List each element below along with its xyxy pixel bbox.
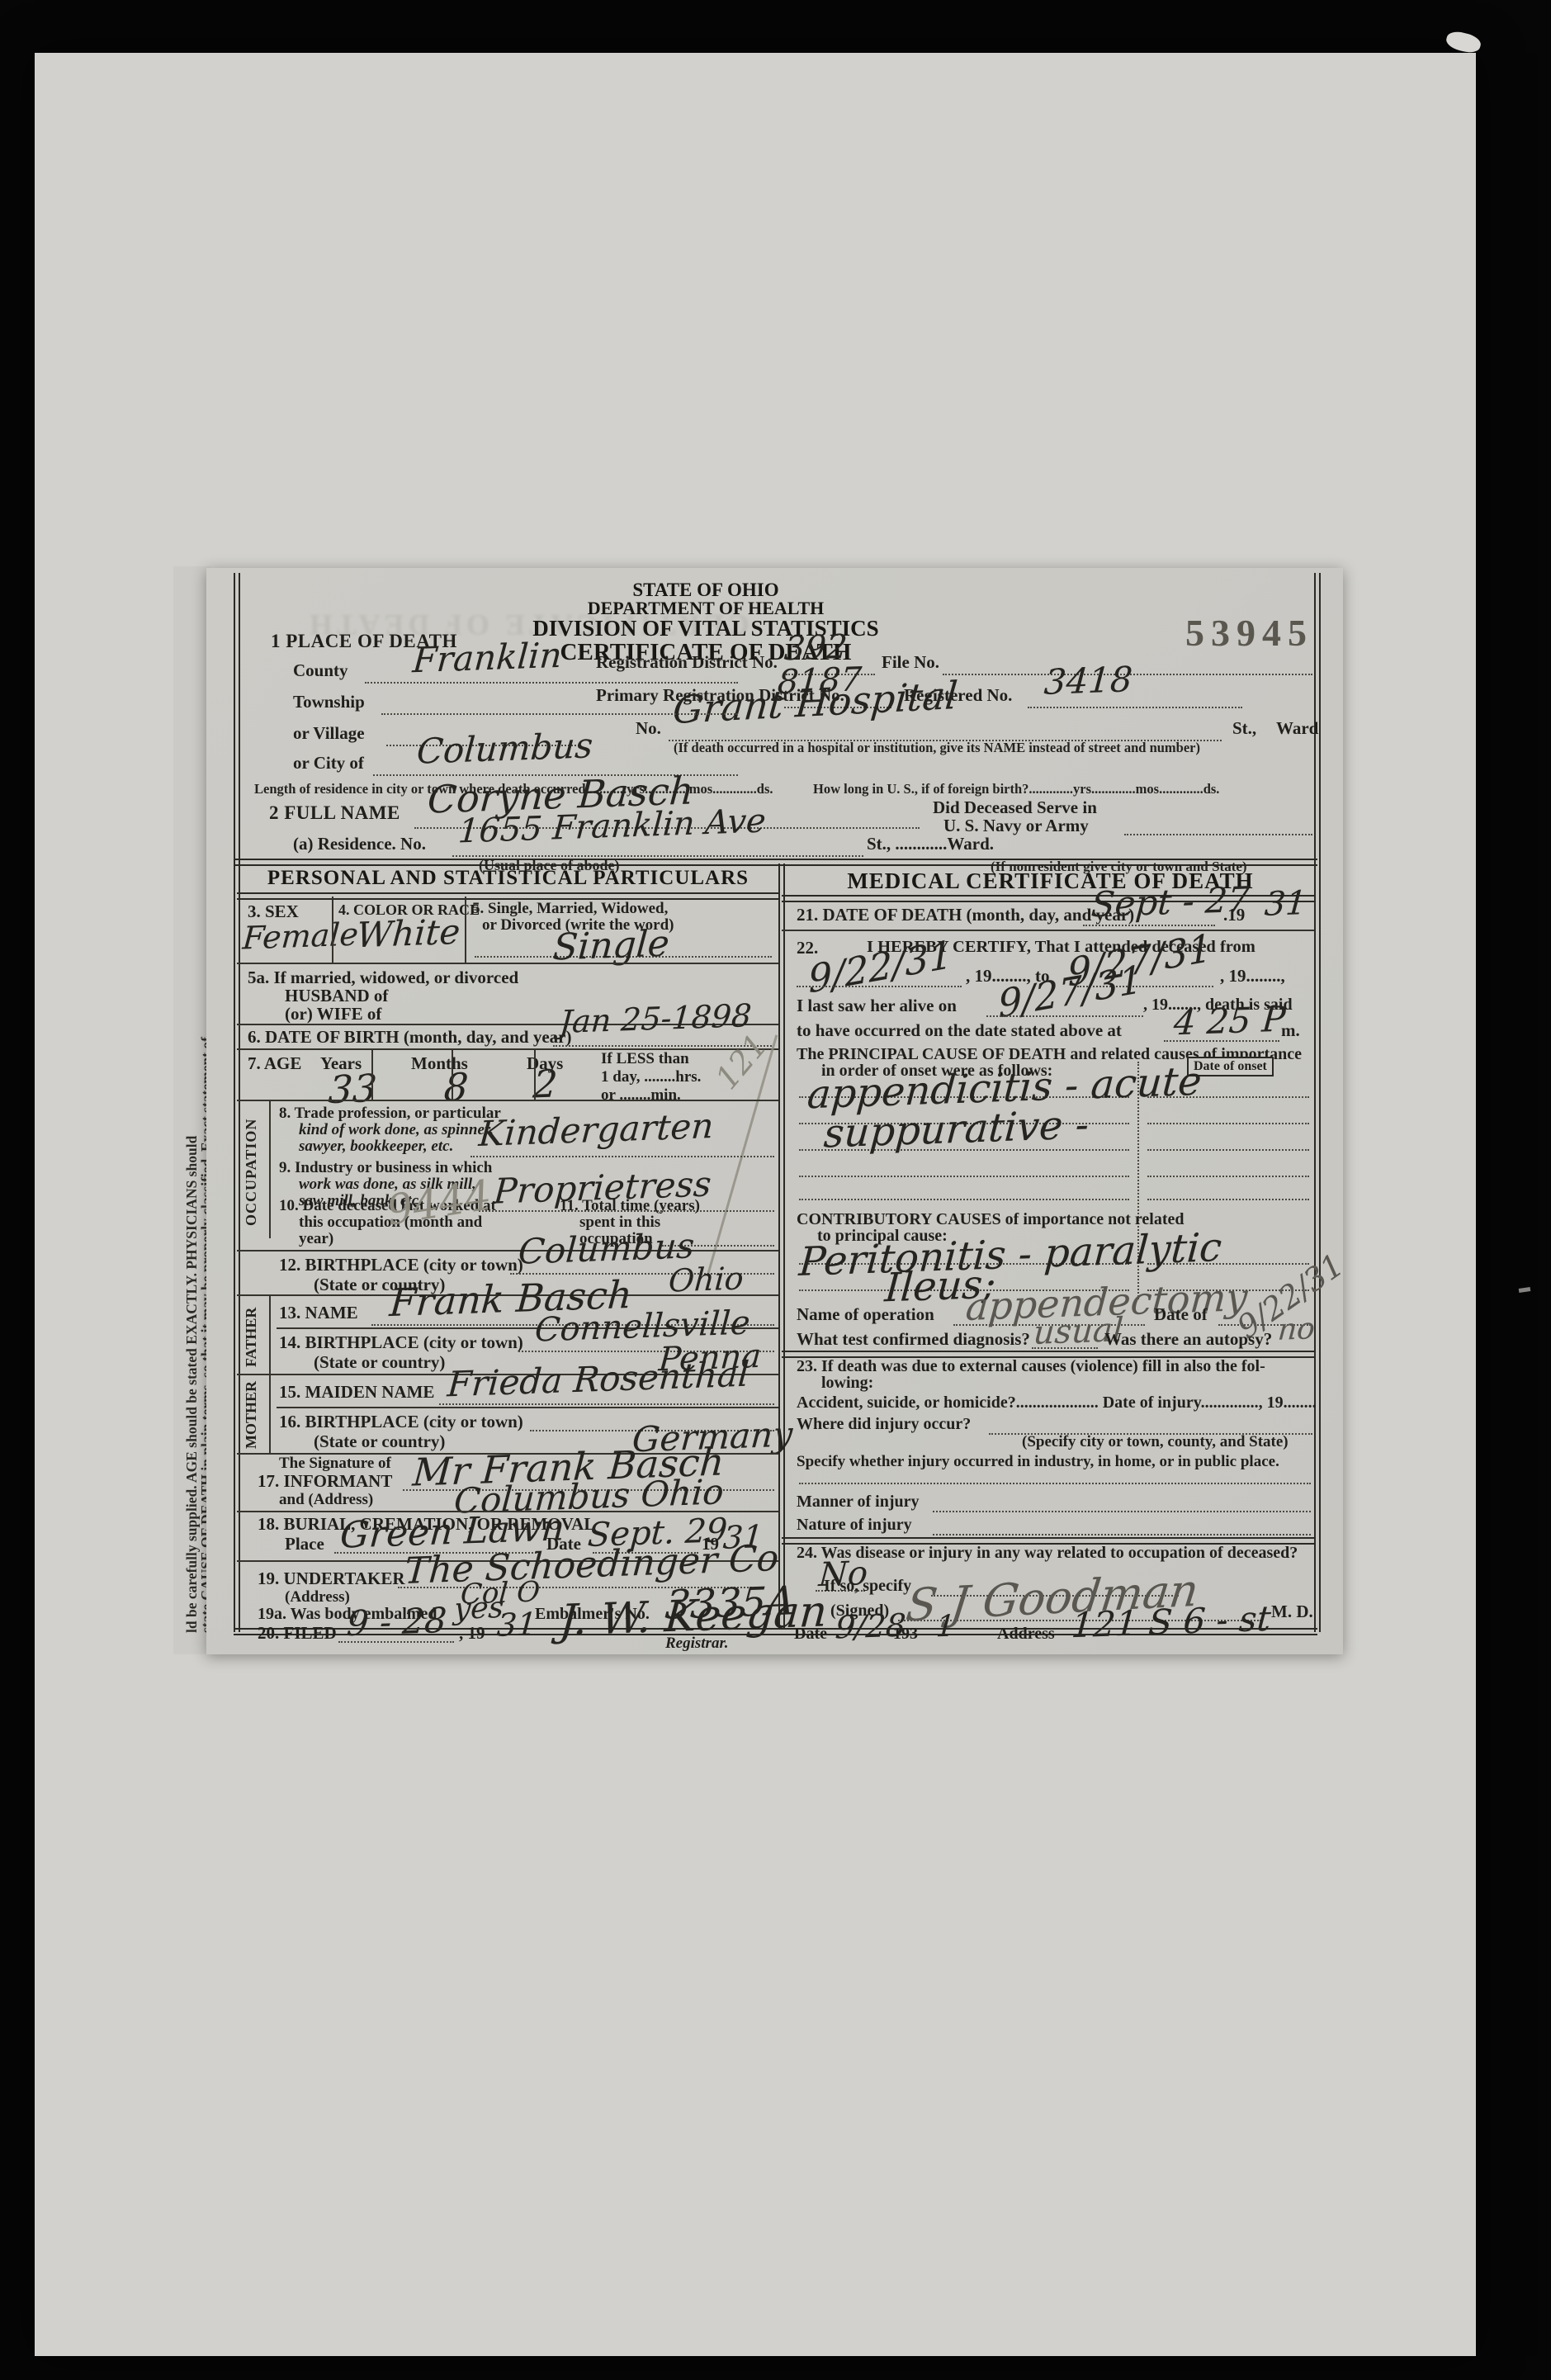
specify-label: Specify whether injury occurred in indus… bbox=[797, 1453, 1279, 1471]
date-of-death-label: 21. DATE OF DEATH (month, day, and year) bbox=[797, 905, 1134, 925]
file-no-label: File No. bbox=[882, 652, 939, 673]
manner-line bbox=[933, 1511, 1311, 1512]
father-vertical-label: FATHER bbox=[243, 1298, 260, 1377]
mother-cell-divider bbox=[269, 1374, 271, 1453]
date-of-death-line bbox=[1083, 925, 1215, 926]
mother-name-value: Frieda Rosenthal bbox=[446, 1354, 750, 1405]
row7-rule bbox=[237, 1100, 778, 1101]
sex-value: Female bbox=[241, 916, 359, 956]
village-label: or Village bbox=[293, 723, 365, 744]
occupation-rule bbox=[237, 1250, 778, 1252]
registration-district-label: Registration District No. bbox=[596, 652, 778, 673]
hospital-ward-label: Ward bbox=[1276, 718, 1318, 739]
where-note: (Specify city or town, county, and State… bbox=[1022, 1433, 1289, 1451]
cause-writing-line-5 bbox=[799, 1199, 1129, 1200]
column-divider bbox=[778, 864, 785, 1629]
us-length-label: How long in U. S., if of foreign birth?.… bbox=[813, 781, 1219, 797]
birthplace-label: 12. BIRTHPLACE (city or town) bbox=[279, 1255, 523, 1275]
personal-section-title: PERSONAL AND STATISTICAL PARTICULARS bbox=[238, 867, 778, 890]
husband-label-3: (or) WIFE of bbox=[285, 1004, 381, 1024]
age-divider-2 bbox=[452, 1048, 453, 1100]
father-state-label: (State or country) bbox=[314, 1352, 445, 1373]
test-label: What test confirmed diagnosis? bbox=[797, 1329, 1030, 1350]
county-line bbox=[365, 682, 738, 684]
birthplace-state-value: Ohio bbox=[667, 1260, 745, 1299]
operation-date-label: Date of bbox=[1154, 1304, 1208, 1325]
signed-date-193: 193 bbox=[893, 1625, 918, 1644]
residence-st-ward-label: St., ............Ward. bbox=[867, 834, 994, 854]
row21-rule bbox=[782, 930, 1314, 931]
residence-label: (a) Residence. No. bbox=[293, 834, 426, 854]
cause-writing-line-4 bbox=[799, 1176, 1129, 1177]
hospital-note: (If death occurred in a hospital or inst… bbox=[557, 740, 1317, 756]
film-speck bbox=[1445, 29, 1482, 55]
registered-no-value: 3418 bbox=[1043, 659, 1133, 703]
informant-label-1: The Signature of bbox=[279, 1455, 391, 1473]
father-bp-label: 14. BIRTHPLACE (city or town) bbox=[279, 1332, 523, 1353]
lastsaw-text: I last saw her alive on bbox=[797, 996, 957, 1016]
age-pencil-mark: 121 bbox=[708, 1027, 774, 1096]
race-value: White bbox=[355, 911, 461, 956]
address-value: 121 S 6 - st bbox=[1070, 1598, 1272, 1646]
trade-label-1: 8. Trade profession, or particular bbox=[279, 1105, 501, 1123]
lastworked-label-3: year) bbox=[299, 1230, 333, 1248]
occupation-related-label: 24. Was disease or injury in any way rel… bbox=[797, 1544, 1298, 1563]
filed-value: 9 - 28 bbox=[345, 1600, 447, 1644]
death-certificate-card: CERTIFICATE OF DEATH STATE OF OHIO DEPAR… bbox=[206, 568, 1343, 1654]
row345-rule bbox=[237, 963, 778, 964]
nature-line bbox=[933, 1534, 1311, 1535]
operation-label: Name of operation bbox=[797, 1304, 934, 1325]
specify-line bbox=[799, 1483, 1311, 1484]
registrar-label: Registrar. bbox=[665, 1635, 729, 1653]
autopsy-value: no bbox=[1277, 1312, 1317, 1347]
dob-label: 6. DATE OF BIRTH (month, day, and year) bbox=[248, 1027, 571, 1048]
principal-cause-value-2: suppurative - bbox=[822, 1101, 1090, 1157]
filed-19-label: , 19 bbox=[459, 1623, 485, 1644]
informant-label-2: 17. INFORMANT bbox=[258, 1471, 392, 1492]
city-label: or City of bbox=[293, 753, 364, 774]
mother-bp-label: 16. BIRTHPLACE (city or town) bbox=[279, 1412, 523, 1432]
occupation-cell-divider bbox=[269, 1100, 271, 1238]
age-months-value: 8 bbox=[442, 1064, 470, 1110]
mother-name-label: 15. MAIDEN NAME bbox=[279, 1382, 434, 1403]
signed-date-year: 1 bbox=[935, 1610, 957, 1644]
date-of-death-year: 31 bbox=[1263, 884, 1307, 924]
trade-label-3: sawyer, bookkeeper, etc. bbox=[299, 1138, 453, 1156]
where-label: Where did injury occur? bbox=[797, 1415, 971, 1434]
address-label: Address bbox=[997, 1625, 1055, 1644]
trade-label-2: kind of work done, as spinner, bbox=[299, 1121, 494, 1139]
manner-label: Manner of injury bbox=[797, 1493, 920, 1512]
document-page: ✓ ld be carefully supplied. AGE should b… bbox=[35, 53, 1476, 2356]
father-name-label: 13. NAME bbox=[279, 1303, 358, 1323]
trade-value: Kindergarten bbox=[477, 1105, 715, 1154]
township-label: Township bbox=[293, 692, 365, 712]
age-divider-1 bbox=[371, 1048, 373, 1100]
father-cell-divider bbox=[269, 1294, 271, 1377]
hospital-st-label: St., bbox=[1232, 718, 1256, 739]
scanned-photo: ✓ ld be carefully supplied. AGE should b… bbox=[0, 0, 1551, 2380]
race-marital-divider bbox=[465, 897, 466, 963]
hospital-no-label: No. bbox=[636, 718, 661, 739]
onset-writing-line-4 bbox=[1147, 1176, 1309, 1177]
burial-place-label: Place bbox=[285, 1534, 324, 1554]
sex-race-divider bbox=[332, 897, 333, 963]
county-value: Franklin bbox=[411, 635, 563, 680]
signed-date-label: Date bbox=[794, 1625, 827, 1644]
age-less-label-2: 1 day, ........hrs. bbox=[601, 1068, 701, 1086]
navy-service-line bbox=[1124, 834, 1312, 835]
form-left-border bbox=[234, 573, 240, 1632]
lastsaw-line bbox=[986, 1015, 1143, 1017]
certify-19b: , 19........, bbox=[1220, 966, 1285, 987]
occupation-vertical-label: OCCUPATION bbox=[243, 1106, 260, 1238]
md-label: M. D. bbox=[1271, 1602, 1313, 1622]
ifso-label: If so, specify bbox=[824, 1577, 911, 1596]
age-label: 7. AGE bbox=[248, 1053, 301, 1074]
mother-vertical-label: MOTHER bbox=[243, 1377, 260, 1453]
township-line bbox=[381, 713, 738, 715]
onset-writing-line-3 bbox=[1147, 1149, 1309, 1151]
full-name-label: 2 FULL NAME bbox=[269, 802, 400, 824]
external-label-2: lowing: bbox=[821, 1374, 873, 1393]
mother-name-line bbox=[439, 1403, 774, 1405]
onset-writing-line-2 bbox=[1147, 1123, 1309, 1124]
nature-label: Nature of injury bbox=[797, 1516, 912, 1535]
occurred-m: m. bbox=[1281, 1020, 1300, 1041]
autopsy-label: Was there an autopsy? bbox=[1104, 1329, 1272, 1350]
row6-rule bbox=[237, 1048, 778, 1050]
occurred-text: to have occurred on the date stated abov… bbox=[797, 1020, 1122, 1041]
personal-title-rule bbox=[237, 892, 778, 900]
onset-writing-line-5 bbox=[1147, 1199, 1309, 1200]
city-value: Columbus bbox=[415, 725, 594, 772]
filed-year-value: 31 bbox=[495, 1606, 537, 1644]
undertaker-label: 19. UNDERTAKER bbox=[258, 1569, 405, 1589]
accident-label: Accident, suicide, or homicide?.........… bbox=[797, 1393, 1317, 1412]
occurred-line bbox=[1164, 1040, 1279, 1042]
dob-value: Jan 25-1898 bbox=[559, 997, 753, 1040]
marital-label-1: 5. Single, Married, Widowed, bbox=[472, 900, 668, 918]
attended-from-line bbox=[797, 986, 962, 987]
age-less-label-3: or ........min. bbox=[601, 1086, 681, 1105]
registered-no-line bbox=[1028, 707, 1242, 708]
informant-addr-label: and (Address) bbox=[279, 1491, 373, 1509]
trade-line bbox=[471, 1156, 774, 1157]
age-divider-3 bbox=[534, 1048, 536, 1100]
row15-rule bbox=[277, 1407, 778, 1408]
film-speck-2 bbox=[1519, 1287, 1531, 1293]
age-less-label-1: If LESS than bbox=[601, 1050, 689, 1068]
file-number-stamp: 53945 bbox=[1185, 611, 1313, 655]
county-label: County bbox=[293, 660, 348, 681]
undertaker-addr-label: (Address) bbox=[285, 1588, 350, 1606]
totaltime-label-1: 11. Total time (years) bbox=[560, 1197, 700, 1215]
occurred-time-value: 4 25 P bbox=[1172, 999, 1286, 1043]
filed-label: 20. FILED bbox=[258, 1623, 337, 1644]
date-of-death-19: .19 bbox=[1223, 905, 1245, 925]
